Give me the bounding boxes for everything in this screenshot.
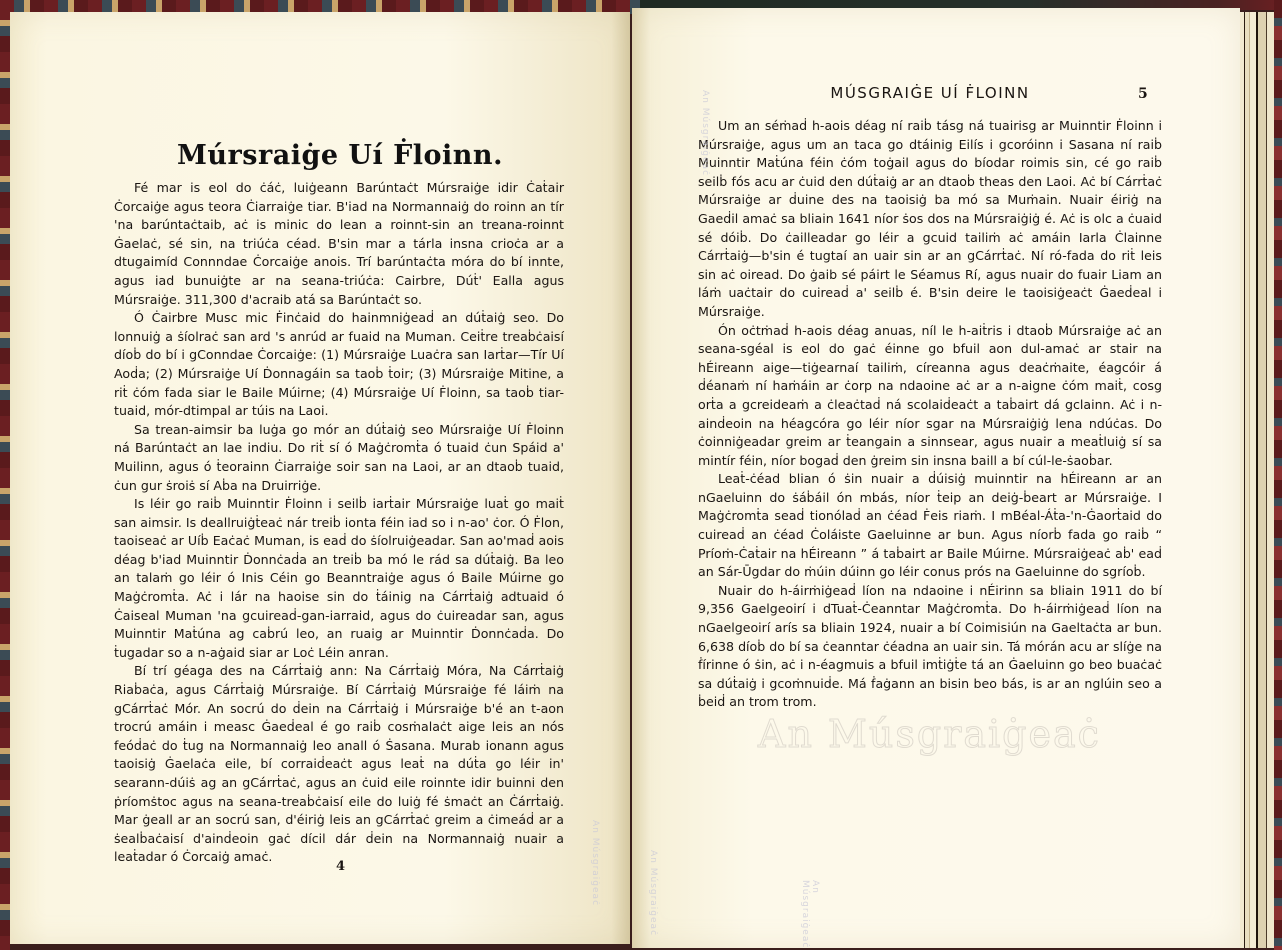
right-page-number: 5 [1138,86,1148,102]
paragraph: Leaṫ-ċéad blian ó ṡin nuair a ḋúisiġ mui… [698,470,1162,582]
vertical-watermark: An Músgraiġeaċ [648,850,658,936]
paragraph: Is léir go raiḃ Muinntir Ḟloinn i seilḃ … [114,495,564,662]
right-page-body: Um an séṁaḋ h-aois déag ní raiḃ tásg ná … [698,117,1162,712]
vertical-watermark: An Músgraiġeaċ [800,880,820,950]
vertical-watermark: An Músgraiġeaċ [590,820,600,906]
page-block-edges [1240,12,1274,948]
left-page-number: 4 [336,859,345,874]
chapter-title: Múrsraiġe Uí Ḟloinn. [110,140,570,171]
paragraph: Ó Ċairbre Musc mic Ḟinċaid do hainmniġea… [114,309,564,421]
marbled-cover-right-edge [1274,0,1282,950]
running-head: MÚSGRAIĠE UÍ ḞLOINN [760,84,1100,102]
left-page-body: Fé mar is eol do ċáċ, luiġeann Barúntaċt… [114,179,564,867]
paragraph: Fé mar is eol do ċáċ, luiġeann Barúntaċt… [114,179,564,309]
paragraph: Um an séṁaḋ h-aois déag ní raiḃ tásg ná … [698,117,1162,322]
paragraph: Sa trean-aimsir ba luġa go mór an dúṫaiġ… [114,421,564,495]
paragraph: Ón oċtṁaḋ h-aois déag anuas, níl le h-ai… [698,322,1162,471]
paragraph: Nuair do h-áirṁiġeaḋ líon na ndaoine i n… [698,582,1162,712]
paragraph: Bí trí géaga des na Cárrṫaiġ ann: Na Cár… [114,662,564,867]
vertical-watermark: An Músgraiġeaċ [700,90,710,176]
marbled-cover-left-edge [0,0,10,950]
watermark-text: An Músgraiġeaċ [758,712,1101,756]
